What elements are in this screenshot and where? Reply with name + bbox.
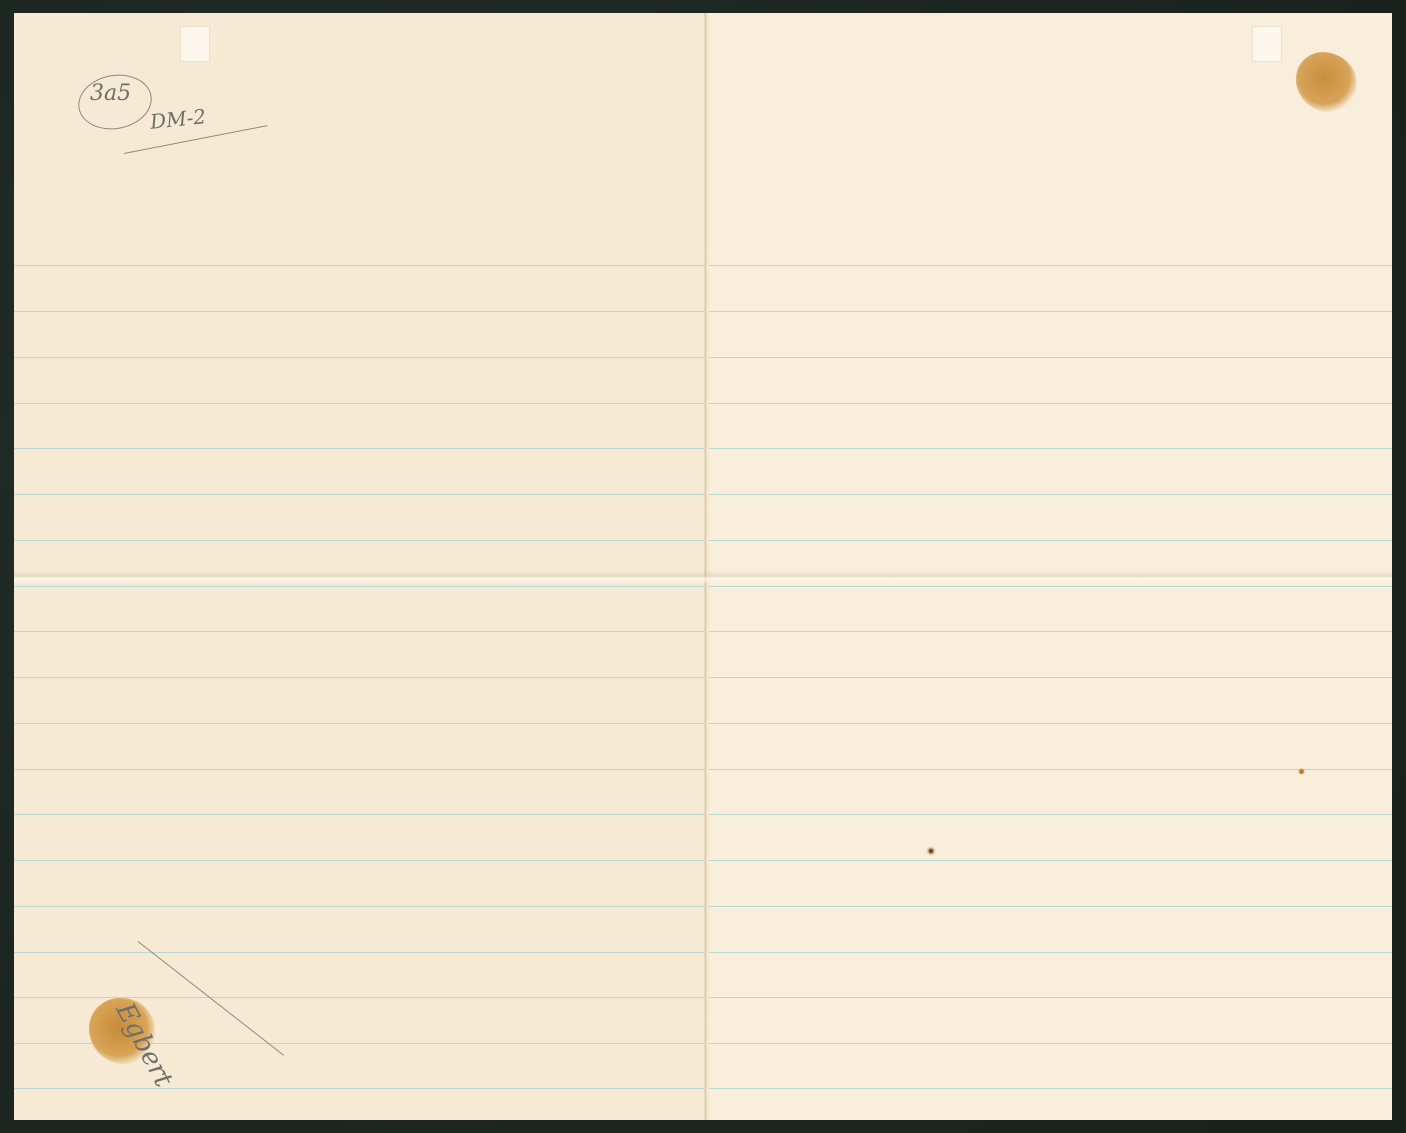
- horizontal-fold: [14, 570, 1392, 584]
- ruled-line: [708, 860, 1392, 861]
- ruled-line: [14, 631, 706, 632]
- ruled-line: [14, 906, 706, 907]
- mounting-tab: [180, 26, 210, 62]
- ruled-line: [708, 586, 1392, 587]
- ruled-line: [14, 540, 706, 541]
- circled-note-text: 3a5: [90, 81, 131, 106]
- ruled-line: [708, 952, 1392, 953]
- ruled-line: [14, 860, 706, 861]
- ruled-line: [708, 540, 1392, 541]
- left-page: [14, 13, 706, 1120]
- ruled-line: [708, 906, 1392, 907]
- ink-spot: [926, 846, 936, 856]
- ruled-line: [14, 769, 706, 770]
- ruled-line: [14, 952, 706, 953]
- right-page: [708, 13, 1392, 1120]
- ruled-line: [14, 311, 706, 312]
- document-sheet: 3a5 DM-2 Egbert: [14, 13, 1392, 1120]
- ruled-line: [14, 357, 706, 358]
- rust-spot: [1298, 768, 1305, 775]
- ruled-line: [708, 631, 1392, 632]
- ruled-line: [14, 677, 706, 678]
- mounting-tab: [1252, 26, 1282, 62]
- ruled-line: [708, 997, 1392, 998]
- ruled-line: [708, 723, 1392, 724]
- ruled-line: [14, 265, 706, 266]
- ruled-line: [708, 311, 1392, 312]
- ruled-line: [14, 1088, 706, 1089]
- ruled-line: [708, 769, 1392, 770]
- ruled-line: [14, 403, 706, 404]
- ruled-line: [708, 357, 1392, 358]
- ruled-line: [14, 494, 706, 495]
- ruled-line: [14, 586, 706, 587]
- ruled-line: [708, 1088, 1392, 1089]
- center-fold: [704, 13, 709, 1120]
- ruled-line: [14, 723, 706, 724]
- ruled-line: [708, 677, 1392, 678]
- ruled-line: [708, 448, 1392, 449]
- ruled-line: [708, 1043, 1392, 1044]
- ruled-line: [708, 403, 1392, 404]
- ruled-line: [708, 494, 1392, 495]
- ruled-line: [708, 814, 1392, 815]
- ruled-line: [708, 265, 1392, 266]
- ruled-line: [14, 814, 706, 815]
- ruled-line: [14, 448, 706, 449]
